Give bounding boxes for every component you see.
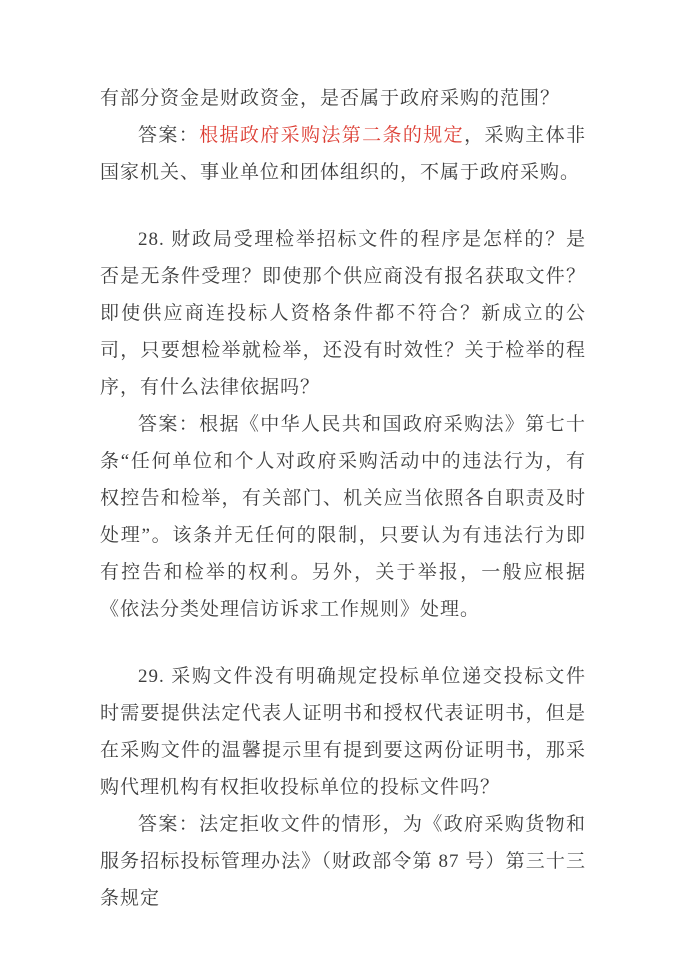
document-text-area: 有部分资金是财政资金，是否属于政府采购的范围？ 答案：根据政府采购法第二条的规定… <box>100 80 586 917</box>
carryover-question-text: 有部分资金是财政资金，是否属于政府采购的范围？ <box>100 80 586 117</box>
document-page: 有部分资金是财政资金，是否属于政府采购的范围？ 答案：根据政府采购法第二条的规定… <box>0 0 680 962</box>
question-28: 28. 财政局受理检举招标文件的程序是怎样的？是否是无条件受理？即使那个供应商没… <box>100 221 586 406</box>
answer-28: 答案：根据《中华人民共和国政府采购法》第七十条“任何单位和个人对政府采购活动中的… <box>100 406 586 628</box>
law-reference-highlight: 根据政府采购法第二条的规定 <box>199 125 464 146</box>
answer-label: 答案： <box>138 125 199 146</box>
carryover-answer-text: 答案：根据政府采购法第二条的规定，采购主体非国家机关、事业单位和团体组织的，不属… <box>100 117 586 191</box>
question-29: 29. 采购文件没有明确规定投标单位递交投标文件时需要提供法定代表人证明书和授权… <box>100 658 586 806</box>
answer-29: 答案：法定拒收文件的情形，为《政府采购货物和服务招标投标管理办法》（财政部令第 … <box>100 806 586 917</box>
